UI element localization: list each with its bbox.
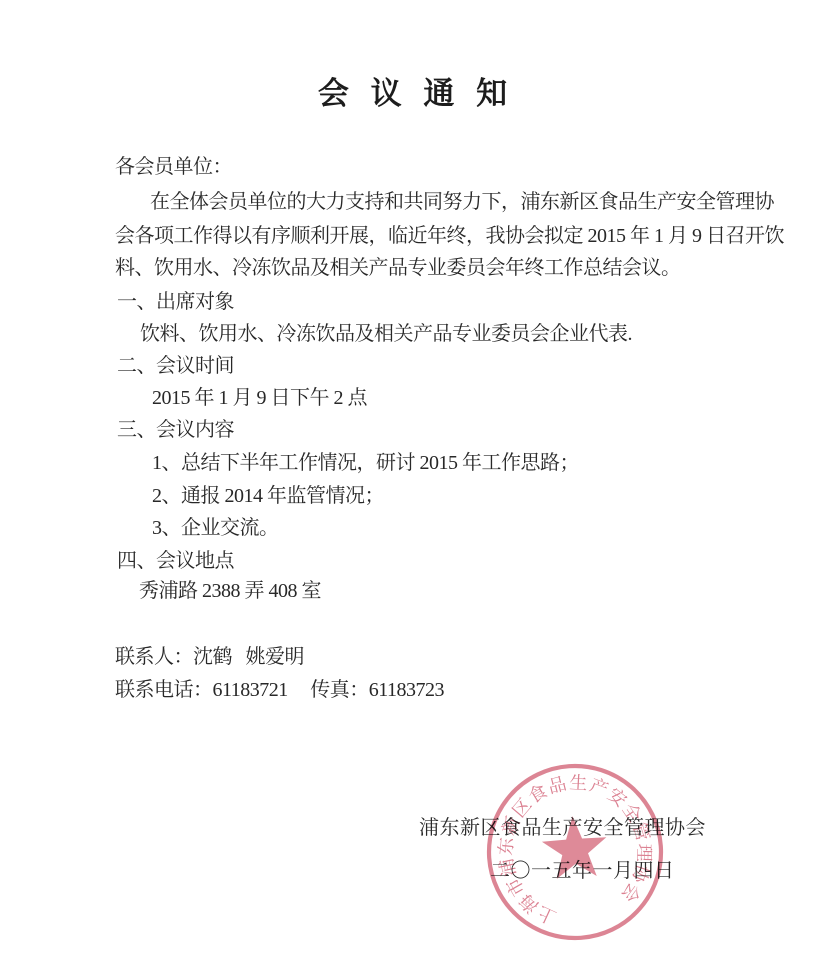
section-3-heading: 三、会议内容	[117, 413, 234, 442]
scanned-meeting-notice-page: 会 议 通 知 各会员单位： 在全体会员单位的大力支持和共同努力下，浦东新区食品…	[0, 0, 832, 966]
section-3-line-1: 1、总结下半年工作情况，研讨 2015 年工作思路；	[152, 446, 579, 475]
section-2-line-1: 2015 年 1 月 9 日下午 2 点	[152, 381, 367, 410]
section-4-line-1: 秀浦路 2388 弄 408 室	[139, 574, 321, 603]
section-3-line-3: 3、企业交流。	[152, 511, 279, 540]
salutation: 各会员单位：	[115, 150, 232, 179]
section-2-heading: 二、会议时间	[117, 349, 234, 378]
contact-phones: 联系电话：61183721 传真：61183723	[115, 673, 444, 702]
seal-star	[540, 814, 609, 880]
section-1-heading: 一、出席对象	[117, 285, 234, 314]
section-1-line-1: 饮料、饮用水、冷冻饮品及相关产品专业委员会企业代表.	[140, 317, 632, 346]
intro-line-2: 会各项工作得以有序顺利开展，临近年终，我协会拟定 2015 年 1 月 9 日召…	[115, 219, 784, 248]
intro-line-3: 料、饮用水、冷冻饮品及相关产品专业委员会年终工作总结会议。	[115, 251, 681, 280]
intro-line-1: 在全体会员单位的大力支持和共同努力下，浦东新区食品生产安全管理协	[150, 185, 774, 214]
contact-persons: 联系人：沈鹤 姚爱明	[115, 640, 304, 669]
section-3-line-2: 2、通报 2014 年监管情况；	[152, 479, 384, 508]
section-4-heading: 四、会议地点	[117, 544, 234, 573]
document-title: 会 议 通 知	[0, 68, 832, 113]
red-official-seal: 上海市浦东新区食品生产安全管理协会	[466, 743, 684, 961]
